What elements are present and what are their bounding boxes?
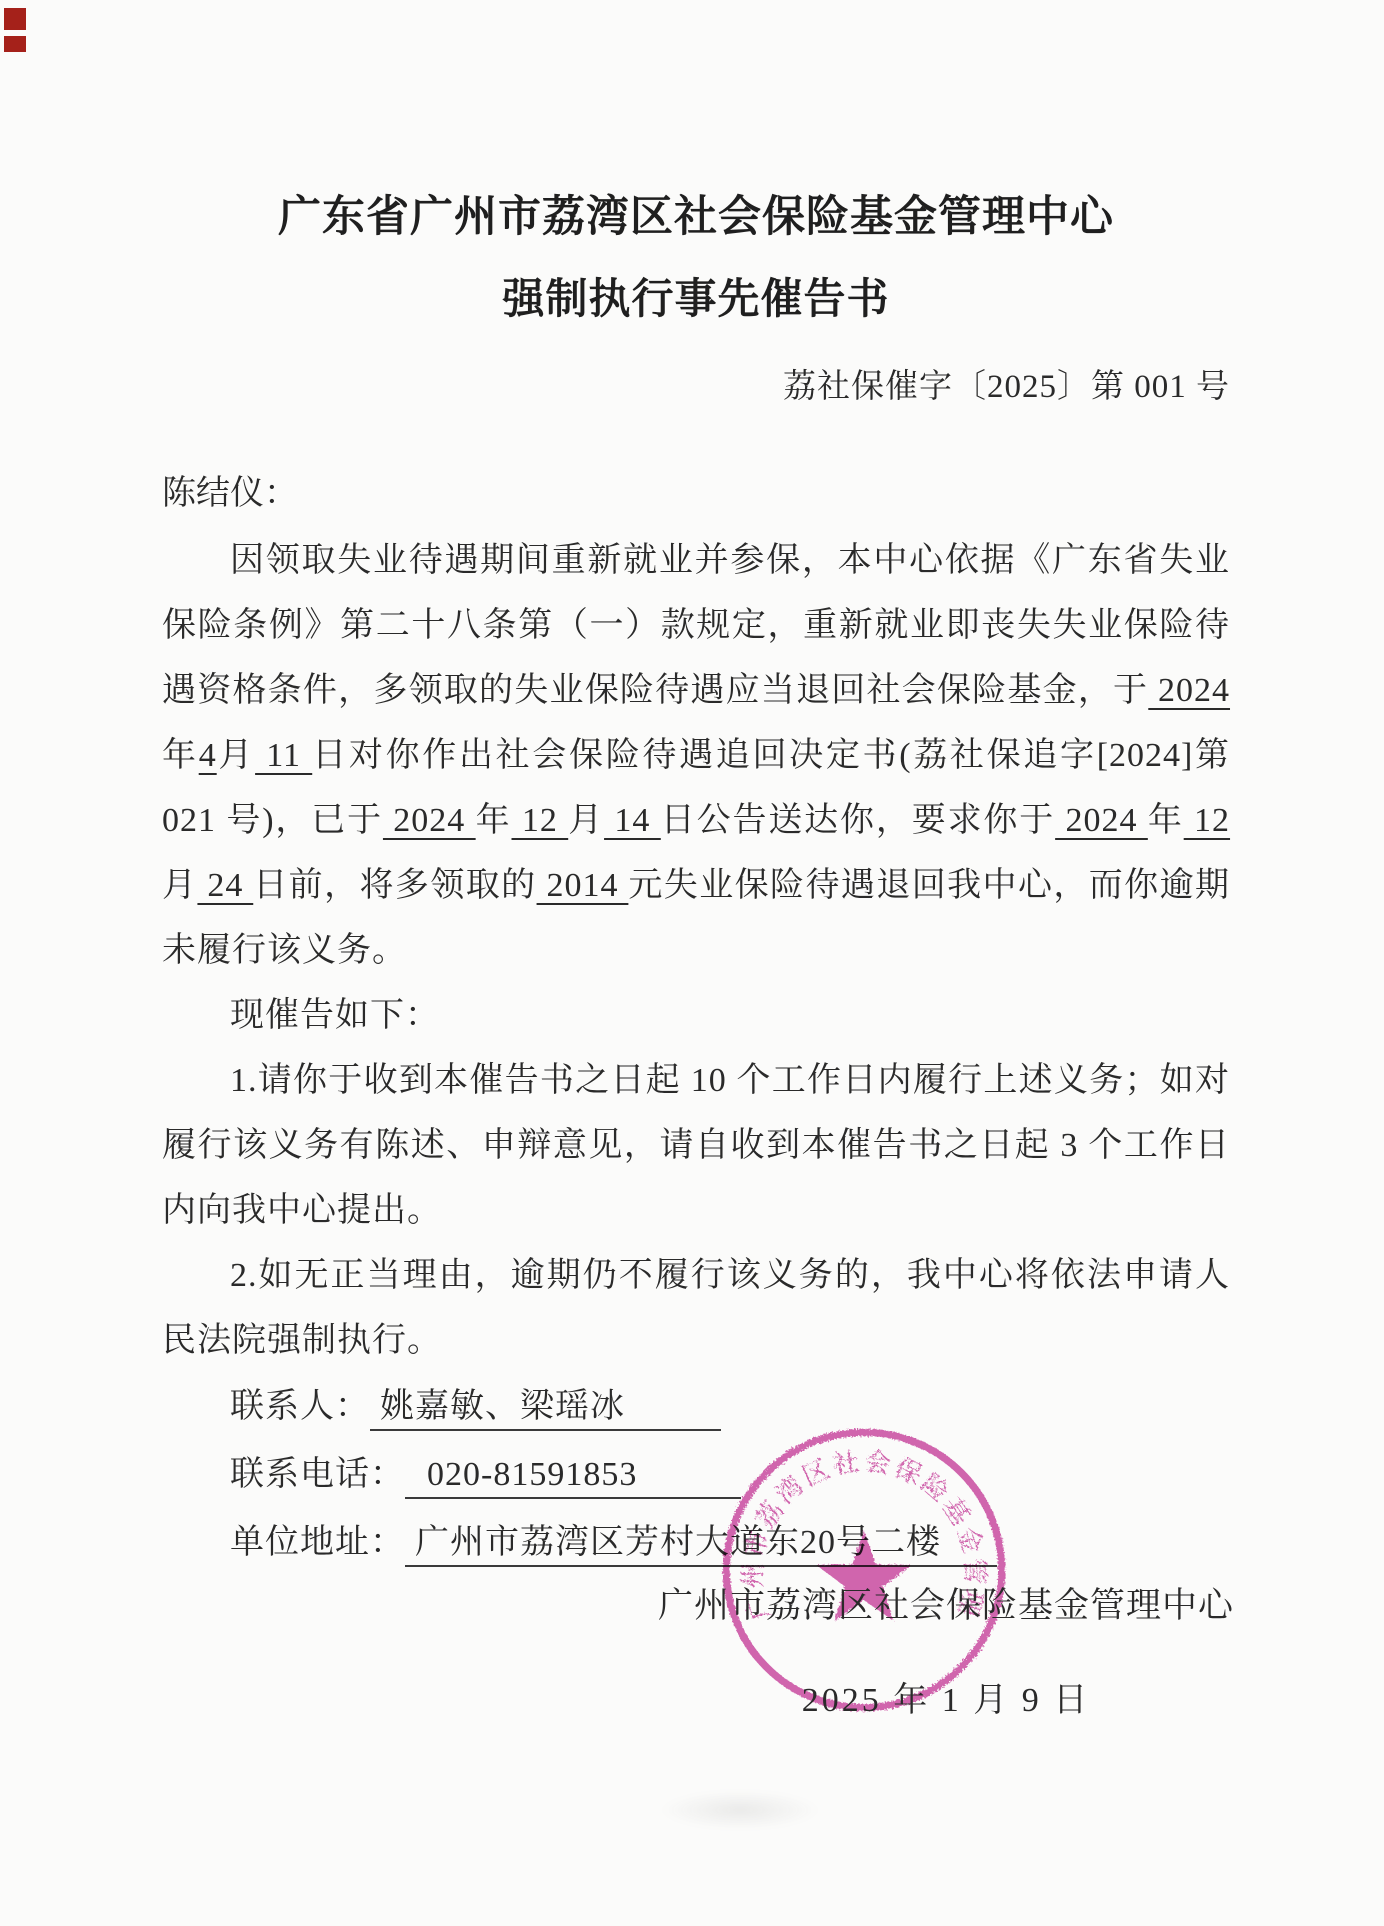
contact-phone-value: 020-81591853: [405, 1453, 741, 1499]
text-segment: 年: [162, 737, 199, 774]
salutation: 陈结仪：: [162, 465, 1230, 514]
text-segment: 月: [568, 802, 604, 839]
underlined-value: 24: [197, 867, 253, 904]
underlined-value: 2014: [537, 867, 629, 904]
underlined-value: 12: [512, 802, 569, 839]
demand-item-2: 2.如无正当理由，逾期仍不履行该义务的，我中心将依法申请人民法院强制执行。: [162, 1243, 1230, 1373]
document-title-subject: 强制执行事先催告书: [162, 274, 1230, 324]
underlined-value: 11: [255, 737, 312, 774]
red-scan-mark: [4, 8, 26, 30]
underlined-value: 14: [604, 802, 661, 839]
contact-phone-row: 联系电话：020-81591853: [230, 1441, 1230, 1509]
underlined-value: 12: [1184, 802, 1230, 839]
demand-item-1: 1.请你于收到本催告书之日起 10 个工作日内履行上述义务；如对履行该义务有陈述…: [162, 1048, 1230, 1243]
signing-date: 2025 年 1 月 9 日: [658, 1672, 1234, 1721]
red-scan-mark: [4, 36, 26, 52]
scanned-document-page: 广东省广州市荔湾区社会保险基金管理中心 强制执行事先催告书 荔社保催字〔2025…: [0, 0, 1384, 1926]
document-content: 广东省广州市荔湾区社会保险基金管理中心 强制执行事先催告书 荔社保催字〔2025…: [162, 192, 1230, 1577]
contact-phone-label: 联系电话：: [230, 1456, 405, 1493]
signing-org-name: 广州市荔湾区社会保险基金管理中心: [658, 1578, 1234, 1628]
cuigao-intro: 现催告如下：: [162, 983, 1230, 1048]
body-paragraph-1: 因领取失业待遇期间重新就业并参保，本中心依据《广东省失业保险条例》第二十八条第（…: [162, 528, 1230, 983]
contact-address-row: 单位地址：广州市荔湾区芳村大道东20号二楼: [230, 1509, 1230, 1577]
contact-person-value: 姚嘉敏、梁瑶冰: [370, 1385, 721, 1431]
scan-smudge: [660, 1790, 820, 1830]
contact-person-label: 联系人：: [230, 1388, 370, 1425]
underlined-value: 2024: [383, 802, 476, 839]
text-segment: 日公告送达你，要求你于: [661, 802, 1055, 839]
underlined-value: 2024: [1148, 672, 1230, 709]
text-segment: 因领取失业待遇期间重新就业并参保，本中心依据《广东省失业保险条例》第二十八条第（…: [162, 542, 1230, 709]
text-segment: 年: [1148, 802, 1184, 839]
contact-person-row: 联系人：姚嘉敏、梁瑶冰: [230, 1373, 1230, 1441]
underlined-value: 2024: [1055, 802, 1148, 839]
document-title-org: 广东省广州市荔湾区社会保险基金管理中心: [162, 192, 1230, 244]
text-segment: 月: [217, 737, 255, 774]
text-segment: 月: [162, 867, 197, 904]
text-segment: 日前，将多领取的: [253, 867, 536, 904]
document-number: 荔社保催字〔2025〕第 001 号: [162, 360, 1230, 407]
contact-address-label: 单位地址：: [230, 1524, 405, 1561]
contact-address-value: 广州市荔湾区芳村大道东20号二楼: [405, 1521, 997, 1567]
text-segment: 年: [476, 802, 512, 839]
underlined-value: 4: [199, 737, 217, 774]
signature-block: 广州市荔湾区社会保险基金管理中心 2025 年 1 月 9 日: [658, 1578, 1234, 1721]
